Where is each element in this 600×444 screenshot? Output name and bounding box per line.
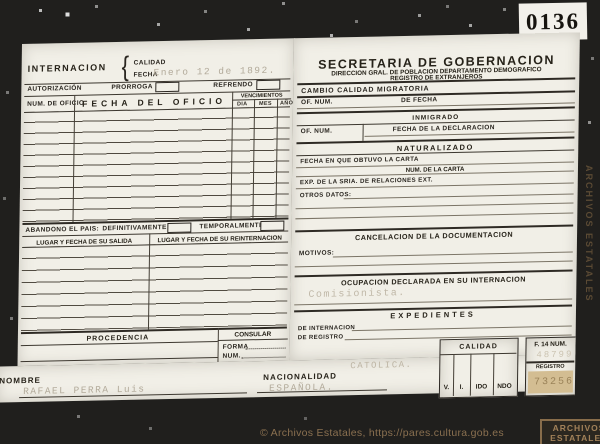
de-registro-label: DE REGISTRO: [298, 334, 344, 341]
num-label: NUM.: [222, 353, 240, 360]
of-num-label: OF. NUM.: [301, 100, 333, 107]
calidad-col-ndo: NDO: [493, 383, 516, 390]
nacionalidad-label: NACIONALIDAD: [263, 371, 337, 382]
rule-line: [440, 353, 516, 356]
nombre-label: NOMBRE: [0, 376, 41, 386]
ocupacion-value: Comisionista.: [308, 288, 406, 301]
oficio-table-rows: [22, 106, 289, 223]
watermark-box-line1: ARCHIVOS: [546, 423, 600, 433]
temporalmente-checkbox: [260, 221, 284, 232]
fecha-value: Enero 12 de 1892.: [153, 65, 276, 79]
refrendo-label: REFRENDO: [213, 82, 253, 89]
left-form-panel: INTERNACION { CALIDAD FECHA Enero 12 de …: [17, 38, 294, 368]
religion-value: CATOLICA.: [350, 360, 412, 371]
fill-line: [344, 193, 574, 199]
registro-label: REGISTRO: [526, 364, 574, 371]
autorizacion-label: AUTORIZACIÓN: [27, 86, 82, 94]
calidad-box-header: CALIDAD: [440, 343, 516, 352]
scanned-document-viewer: 0136 INTERNACION { CALIDAD FECHA Enero 1…: [0, 0, 600, 444]
archivos-estatales-watermark-box: ARCHIVOS ESTATALES: [540, 419, 600, 444]
internacion-label: INTERNACION: [28, 62, 107, 74]
fill-line: [295, 212, 573, 219]
registration-card: INTERNACION { CALIDAD FECHA Enero 12 de …: [17, 32, 580, 404]
abandono-label: ABANDONO EL PAIS:: [25, 226, 99, 234]
vertical-watermark: ARCHIVOS ESTATALES: [584, 165, 594, 303]
temporalmente-label: TEMPORALMENTE: [199, 223, 263, 231]
prorroga-checkbox: [155, 82, 179, 93]
num-oficio-column-header: NUM. DE OFICIO: [27, 101, 84, 109]
motivos-label: MOTIVOS:: [299, 251, 334, 258]
salida-rows: [21, 241, 288, 331]
f14-registro-box: F. 14 NUM. 48799 REGISTRO 73256: [525, 336, 576, 396]
f14-value: 48799: [536, 350, 573, 361]
fill-line: [295, 261, 573, 268]
prorroga-label: PRORROGA: [111, 84, 153, 91]
f14-label: F. 14 NUM.: [526, 340, 574, 348]
registro-highlight: 73256: [528, 371, 573, 394]
registro-value: 73256: [534, 377, 574, 389]
fill-line: [352, 326, 572, 332]
fill-line: [296, 202, 574, 209]
copyright-watermark: © Archivos Estatales, https://pares.cult…: [260, 427, 504, 439]
de-internacion-label: DE INTERNACION: [298, 325, 355, 332]
scan-noise: [0, 0, 1, 1]
rule-line: [218, 338, 288, 340]
definitivamente-label: DEFINITIVAMENTE: [102, 225, 166, 233]
fill-line: [333, 252, 573, 258]
calidad-col-v: V.: [440, 384, 453, 391]
dotted-leader: [241, 356, 285, 359]
rule-line: [21, 357, 218, 362]
watermark-box-line2: ESTATALES: [546, 433, 600, 443]
calidad-col-ido: IDO: [470, 383, 493, 390]
calidad-col-i: I.: [453, 384, 470, 391]
column-divider: [362, 124, 363, 141]
refrendo-checkbox: [256, 80, 280, 91]
right-form-panel: SECRETARIA DE GOBERNACION DIRECCION GRAL…: [289, 32, 579, 360]
of-num2-label: OF. NUM.: [301, 129, 333, 136]
fecha-oficio-column-header: FECHA DEL OFICIO: [79, 96, 229, 109]
calidad-grid-box: CALIDAD V. I. IDO NDO: [439, 338, 519, 399]
de-fecha-label: DE FECHA: [401, 97, 438, 104]
brace-glyph: {: [121, 53, 129, 81]
consular-label: CONSULAR: [218, 330, 288, 338]
definitivamente-checkbox: [167, 222, 191, 233]
dotted-leader: [246, 347, 286, 350]
